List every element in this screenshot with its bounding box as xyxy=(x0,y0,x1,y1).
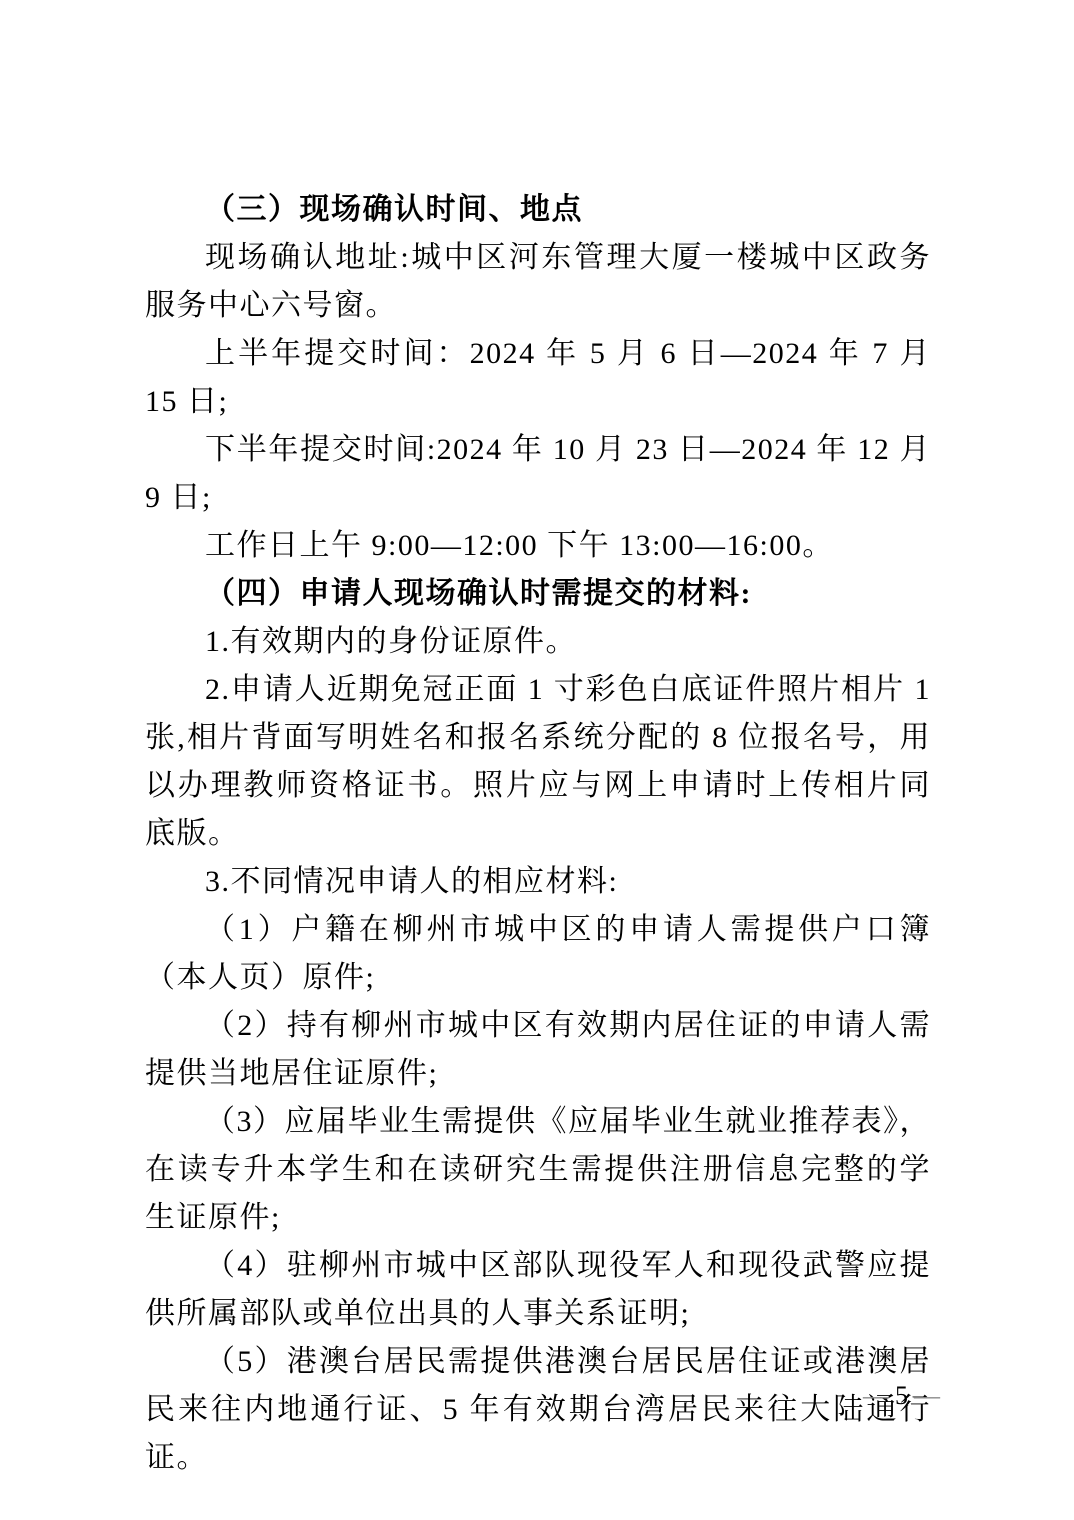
para-material-2: 2.申请人近期免冠正面 1 寸彩色白底证件照片相片 1 张,相片背面写明姓名和报… xyxy=(145,666,931,858)
para-second-half-submission-time: 下半年提交时间:2024 年 10 月 23 日—2024 年 12 月 9 日… xyxy=(145,426,931,522)
document-page: （三）现场确认时间、地点 现场确认地址:城中区河东管理大厦一楼城中区政务服务中心… xyxy=(0,0,1074,1520)
para-confirmation-address: 现场确认地址:城中区河东管理大厦一楼城中区政务服务中心六号窗。 xyxy=(145,234,931,330)
para-material-3: 3.不同情况申请人的相应材料: xyxy=(145,858,931,906)
para-sub-item-2: （2）持有柳州市城中区有效期内居住证的申请人需提供当地居住证原件; xyxy=(145,1002,931,1098)
page-number-value: 5 xyxy=(889,1381,914,1410)
heading-section-3: （三）现场确认时间、地点 xyxy=(145,186,931,234)
para-sub-item-3: （3）应届毕业生需提供《应届毕业生就业推荐表》，在读专升本学生和在读研究生需提供… xyxy=(145,1098,931,1242)
page-number-dash-right: — xyxy=(914,1381,940,1410)
para-sub-item-4: （4）驻柳州市城中区部队现役军人和现役武警应提供所属部队或单位出具的人事关系证明… xyxy=(145,1242,931,1338)
para-first-half-submission-time: 上半年提交时间：2024 年 5 月 6 日—2024 年 7 月 15 日; xyxy=(145,330,931,426)
document-body: （三）现场确认时间、地点 现场确认地址:城中区河东管理大厦一楼城中区政务服务中心… xyxy=(145,186,931,1482)
para-sub-item-1: （1）户籍在柳州市城中区的申请人需提供户口簿（本人页）原件; xyxy=(145,906,931,1002)
heading-section-4: （四）申请人现场确认时需提交的材料: xyxy=(145,570,931,618)
para-material-1: 1.有效期内的身份证原件。 xyxy=(145,618,931,666)
para-sub-item-5: （5）港澳台居民需提供港澳台居民居住证或港澳居民来往内地通行证、5 年有效期台湾… xyxy=(145,1338,931,1482)
page-number-dash-left: — xyxy=(863,1381,889,1410)
para-working-hours: 工作日上午 9:00—12:00 下午 13:00—16:00。 xyxy=(145,522,931,570)
page-number: —5— xyxy=(863,1381,940,1411)
